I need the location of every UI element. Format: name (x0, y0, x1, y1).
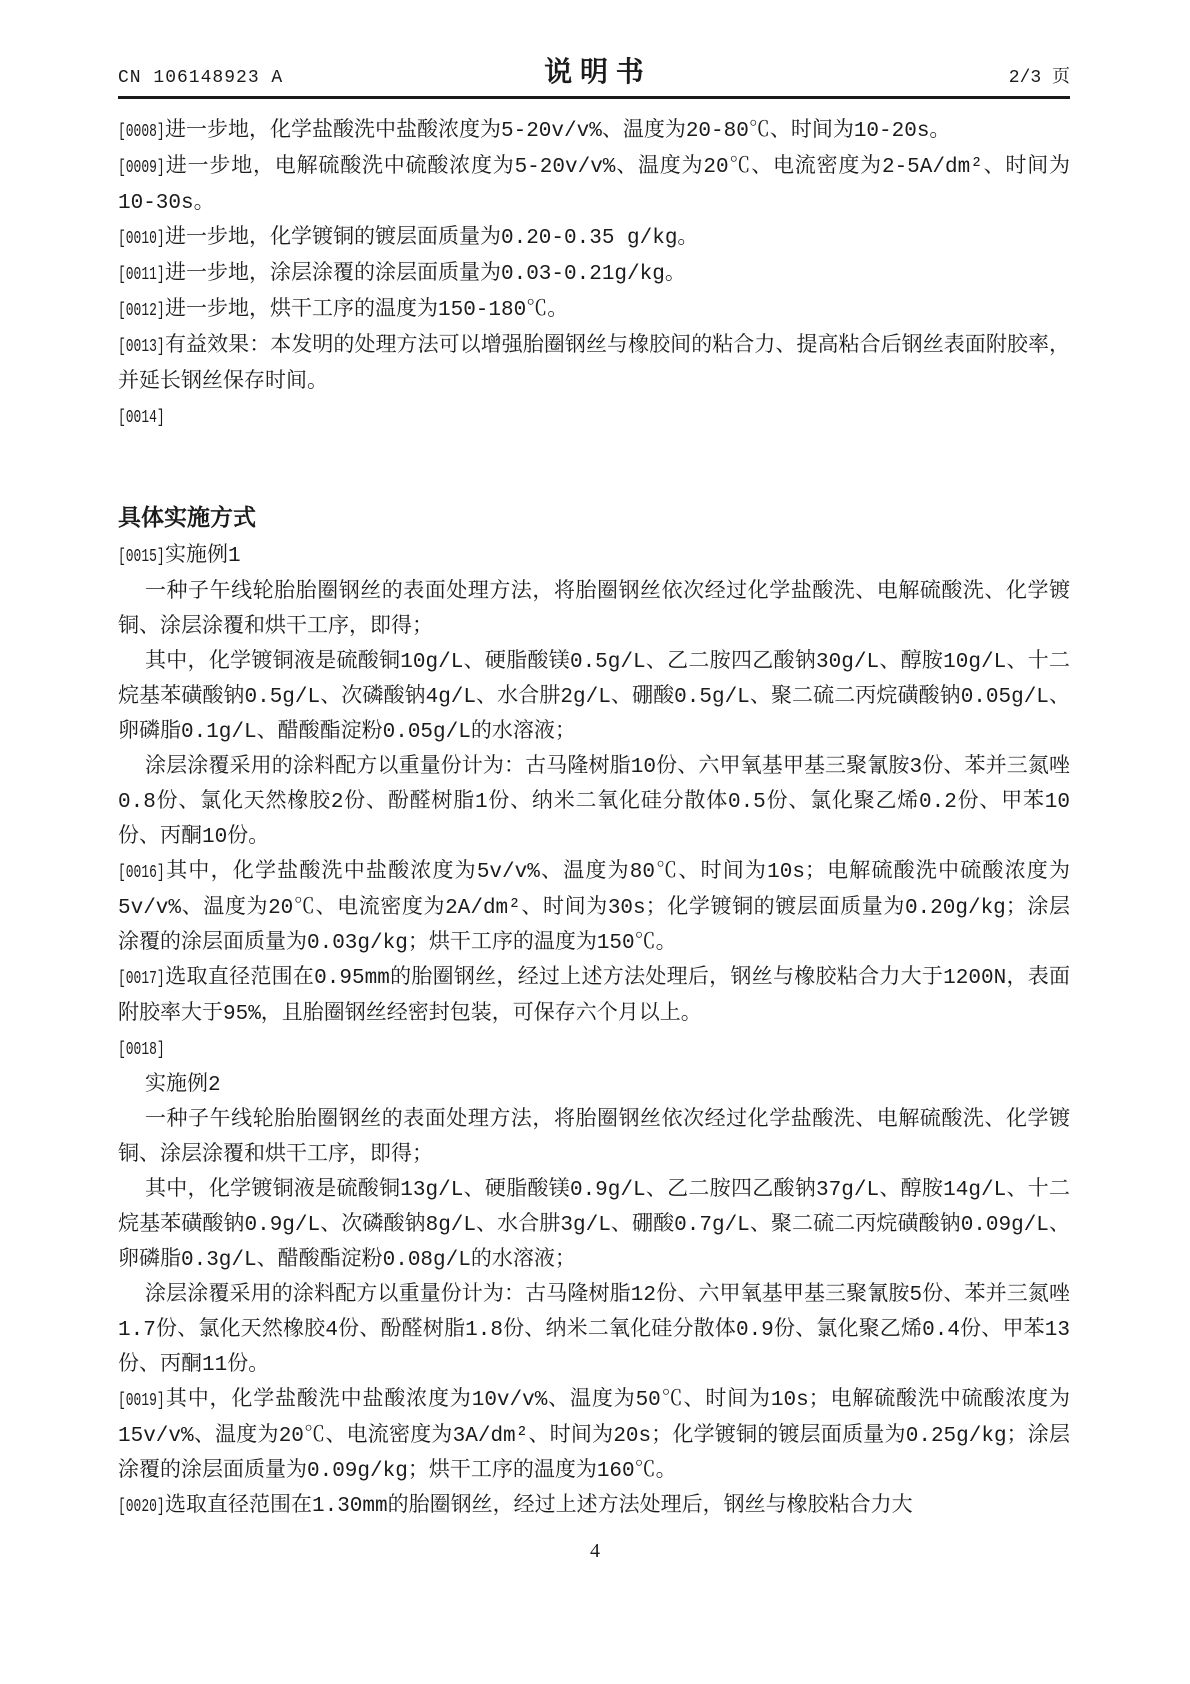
document-title: 说 明 书 (544, 50, 644, 90)
paragraph-tag: [0011] (118, 257, 165, 293)
paragraph-text: 实施例2 (145, 1074, 221, 1097)
paragraph-0011: [0011]进一步地，涂层涂覆的涂层面质量为0.03-0.21g/kg。 (118, 257, 1070, 293)
paragraph-tag-text: [0017] (118, 962, 165, 997)
paragraph-tag: [0020] (118, 1489, 165, 1525)
paragraph-0008: [0008]进一步地，化学盐酸洗中盐酸浓度为5-20v/v%、温度为20-80℃… (118, 114, 1070, 150)
paragraph-example1-coating-formula: 涂层涂覆采用的涂料配方以重量份计为：古马隆树脂10份、六甲氧基甲基三聚氰胺3份、… (118, 750, 1070, 855)
paragraph-0015: [0015]实施例1 (118, 539, 1070, 575)
paragraph-0019: [0019]其中，化学盐酸洗中盐酸浓度为10v/v%、温度为50℃、时间为10s… (118, 1383, 1070, 1489)
paragraph-tag-text: [0018] (118, 1033, 165, 1068)
paragraph-text: 一种子午线轮胎胎圈钢丝的表面处理方法，将胎圈钢丝依次经过化学盐酸洗、电解硫酸洗、… (118, 581, 1070, 639)
paragraph-text: 进一步地，化学盐酸洗中盐酸浓度为5-20v/v%、温度为20-80℃、时间为10… (165, 120, 950, 143)
paragraph-tag: [0016] (118, 855, 165, 891)
paragraph-0010: [0010]进一步地，化学镀铜的镀层面质量为0.20-0.35 g/kg。 (118, 221, 1070, 257)
paragraph-0009: [0009]进一步地，电解硫酸洗中硫酸浓度为5-20v/v%、温度为20℃、电流… (118, 150, 1070, 221)
paragraph-tag: [0008] (118, 114, 165, 150)
page-indicator: 2/3 页 (1009, 62, 1070, 88)
paragraph-tag-text: [0013] (118, 330, 165, 365)
paragraph-0020: [0020]选取直径范围在1.30mm的胎圈钢丝，经过上述方法处理后，钢丝与橡胶… (118, 1489, 1070, 1525)
section-heading: 具体实施方式 (118, 500, 1070, 535)
paragraph-text: 涂层涂覆采用的涂料配方以重量份计为：古马隆树脂12份、六甲氧基甲基三聚氰胺5份、… (118, 1284, 1070, 1377)
paragraph-tag: [0019] (118, 1383, 165, 1419)
page-footer: 4 (0, 1540, 1190, 1563)
paragraph-text: 其中，化学镀铜液是硫酸铜10g/L、硬脂酸镁0.5g/L、乙二胺四乙酸钠30g/… (118, 651, 1070, 744)
paragraph-tag: [0015] (118, 539, 165, 575)
paragraph-0017: [0017]选取直径范围在0.95mm的胎圈钢丝，经过上述方法处理后，钢丝与橡胶… (118, 961, 1070, 1032)
paragraph-text: 实施例1 (165, 545, 241, 568)
paragraph-0018: [0018] (118, 1032, 1070, 1068)
paragraph-tag-text: [0010] (118, 222, 165, 257)
paragraph-tag-text: [0008] (118, 115, 165, 150)
paragraph-example2-method: 一种子午线轮胎胎圈钢丝的表面处理方法，将胎圈钢丝依次经过化学盐酸洗、电解硫酸洗、… (118, 1103, 1070, 1173)
paragraph-tag-text: [0012] (118, 294, 165, 329)
paragraph-0016: [0016]其中，化学盐酸洗中盐酸浓度为5v/v%、温度为80℃、时间为10s；… (118, 855, 1070, 961)
paragraph-0014: [0014] (118, 400, 1070, 436)
page-number: 4 (590, 1540, 600, 1562)
paragraph-text: 其中，化学盐酸洗中盐酸浓度为10v/v%、温度为50℃、时间为10s；电解硫酸洗… (118, 1389, 1070, 1483)
paragraph-text: 其中，化学镀铜液是硫酸铜13g/L、硬脂酸镁0.9g/L、乙二胺四乙酸钠37g/… (118, 1179, 1070, 1272)
document-number: CN 106148923 A (118, 68, 283, 88)
document-body: [0008]进一步地，化学盐酸洗中盐酸浓度为5-20v/v%、温度为20-80℃… (118, 114, 1070, 1525)
paragraph-tag-text: [0014] (118, 401, 165, 436)
paragraph-example2-plating-solution: 其中，化学镀铜液是硫酸铜13g/L、硬脂酸镁0.9g/L、乙二胺四乙酸钠37g/… (118, 1173, 1070, 1278)
paragraph-tag-text: [0009] (118, 151, 165, 186)
paragraph-text: 进一步地，电解硫酸洗中硫酸浓度为5-20v/v%、温度为20℃、电流密度为2-5… (118, 156, 1070, 215)
paragraph-text: 进一步地，烘干工序的温度为150-180℃。 (165, 299, 568, 322)
paragraph-text: 涂层涂覆采用的涂料配方以重量份计为：古马隆树脂10份、六甲氧基甲基三聚氰胺3份、… (118, 756, 1070, 849)
paragraph-example1-plating-solution: 其中，化学镀铜液是硫酸铜10g/L、硬脂酸镁0.5g/L、乙二胺四乙酸钠30g/… (118, 645, 1070, 750)
paragraph-tag: [0014] (118, 400, 165, 436)
paragraph-tag-text: [0011] (118, 258, 165, 293)
paragraph-text: 一种子午线轮胎胎圈钢丝的表面处理方法，将胎圈钢丝依次经过化学盐酸洗、电解硫酸洗、… (118, 1109, 1070, 1167)
paragraph-tag: [0009] (118, 150, 165, 186)
paragraph-tag-text: [0020] (118, 1490, 165, 1525)
paragraph-tag-text: [0015] (118, 540, 165, 575)
paragraph-text: 选取直径范围在1.30mm的胎圈钢丝，经过上述方法处理后，钢丝与橡胶粘合力大 (165, 1495, 913, 1518)
paragraph-example2-coating-formula: 涂层涂覆采用的涂料配方以重量份计为：古马隆树脂12份、六甲氧基甲基三聚氰胺5份、… (118, 1278, 1070, 1383)
paragraph-0012: [0012]进一步地，烘干工序的温度为150-180℃。 (118, 293, 1070, 329)
page-header: CN 106148923 A 说 明 书 2/3 页 (118, 0, 1070, 99)
paragraph-text: 有益效果：本发明的处理方法可以增强胎圈钢丝与橡胶间的粘合力、提高粘合后钢丝表面附… (118, 335, 1070, 394)
paragraph-example2-title: 实施例2 (118, 1068, 1070, 1103)
paragraph-tag: [0013] (118, 329, 165, 365)
paragraph-0013: [0013]有益效果：本发明的处理方法可以增强胎圈钢丝与橡胶间的粘合力、提高粘合… (118, 329, 1070, 400)
paragraph-text: 进一步地，化学镀铜的镀层面质量为0.20-0.35 g/kg。 (165, 227, 698, 250)
paragraph-tag-text: [0016] (118, 856, 165, 891)
paragraph-example1-method: 一种子午线轮胎胎圈钢丝的表面处理方法，将胎圈钢丝依次经过化学盐酸洗、电解硫酸洗、… (118, 575, 1070, 645)
patent-specification-page: CN 106148923 A 说 明 书 2/3 页 [0008]进一步地，化学… (0, 0, 1190, 1684)
paragraph-tag: [0018] (118, 1032, 165, 1068)
paragraph-tag-text: [0019] (118, 1384, 165, 1419)
paragraph-text: 选取直径范围在0.95mm的胎圈钢丝，经过上述方法处理后，钢丝与橡胶粘合力大于1… (118, 967, 1070, 1026)
paragraph-tag: [0017] (118, 961, 165, 997)
paragraph-tag: [0012] (118, 293, 165, 329)
paragraph-tag: [0010] (118, 221, 165, 257)
paragraph-text: 其中，化学盐酸洗中盐酸浓度为5v/v%、温度为80℃、时间为10s；电解硫酸洗中… (118, 861, 1070, 955)
paragraph-text: 进一步地，涂层涂覆的涂层面质量为0.03-0.21g/kg。 (165, 263, 686, 286)
